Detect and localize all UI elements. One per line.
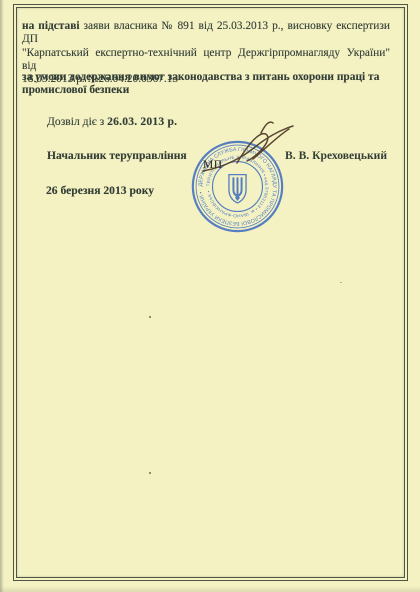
basis-line-2: "Карпатський експертно-технічний центр Д… — [22, 47, 390, 74]
validity-date: 26.03. 2013 р. — [107, 115, 177, 128]
conditions-line-2: промислової безпеки — [22, 84, 390, 97]
validity-label: Дозвіл діє з — [47, 115, 107, 128]
basis-line-1: на підставі заяви власника № 891 від 25.… — [22, 20, 390, 47]
handwritten-signature — [193, 115, 305, 179]
conditions-paragraph: за умови додержання вимог законодавства … — [22, 71, 390, 98]
scan-speck — [149, 472, 151, 474]
scanned-permit-page: { "document": { "paragraph1": { "line1_b… — [0, 0, 420, 592]
scan-edge-shadow — [0, 0, 4, 592]
scan-speck — [340, 282, 342, 283]
validity-line: Дозвіл діє з 26.03. 2013 р. — [47, 115, 177, 128]
scan-speck — [149, 316, 151, 318]
signature-icon — [193, 115, 305, 179]
signatory-title: Начальник теруправління — [47, 149, 187, 162]
conditions-line-1: за умови додержання вимог законодавства … — [22, 71, 390, 84]
scan-edge-shadow-bottom — [0, 586, 420, 592]
issue-date: 26 березня 2013 року — [46, 184, 154, 197]
basis-lead-bold: на підставі — [22, 20, 80, 32]
